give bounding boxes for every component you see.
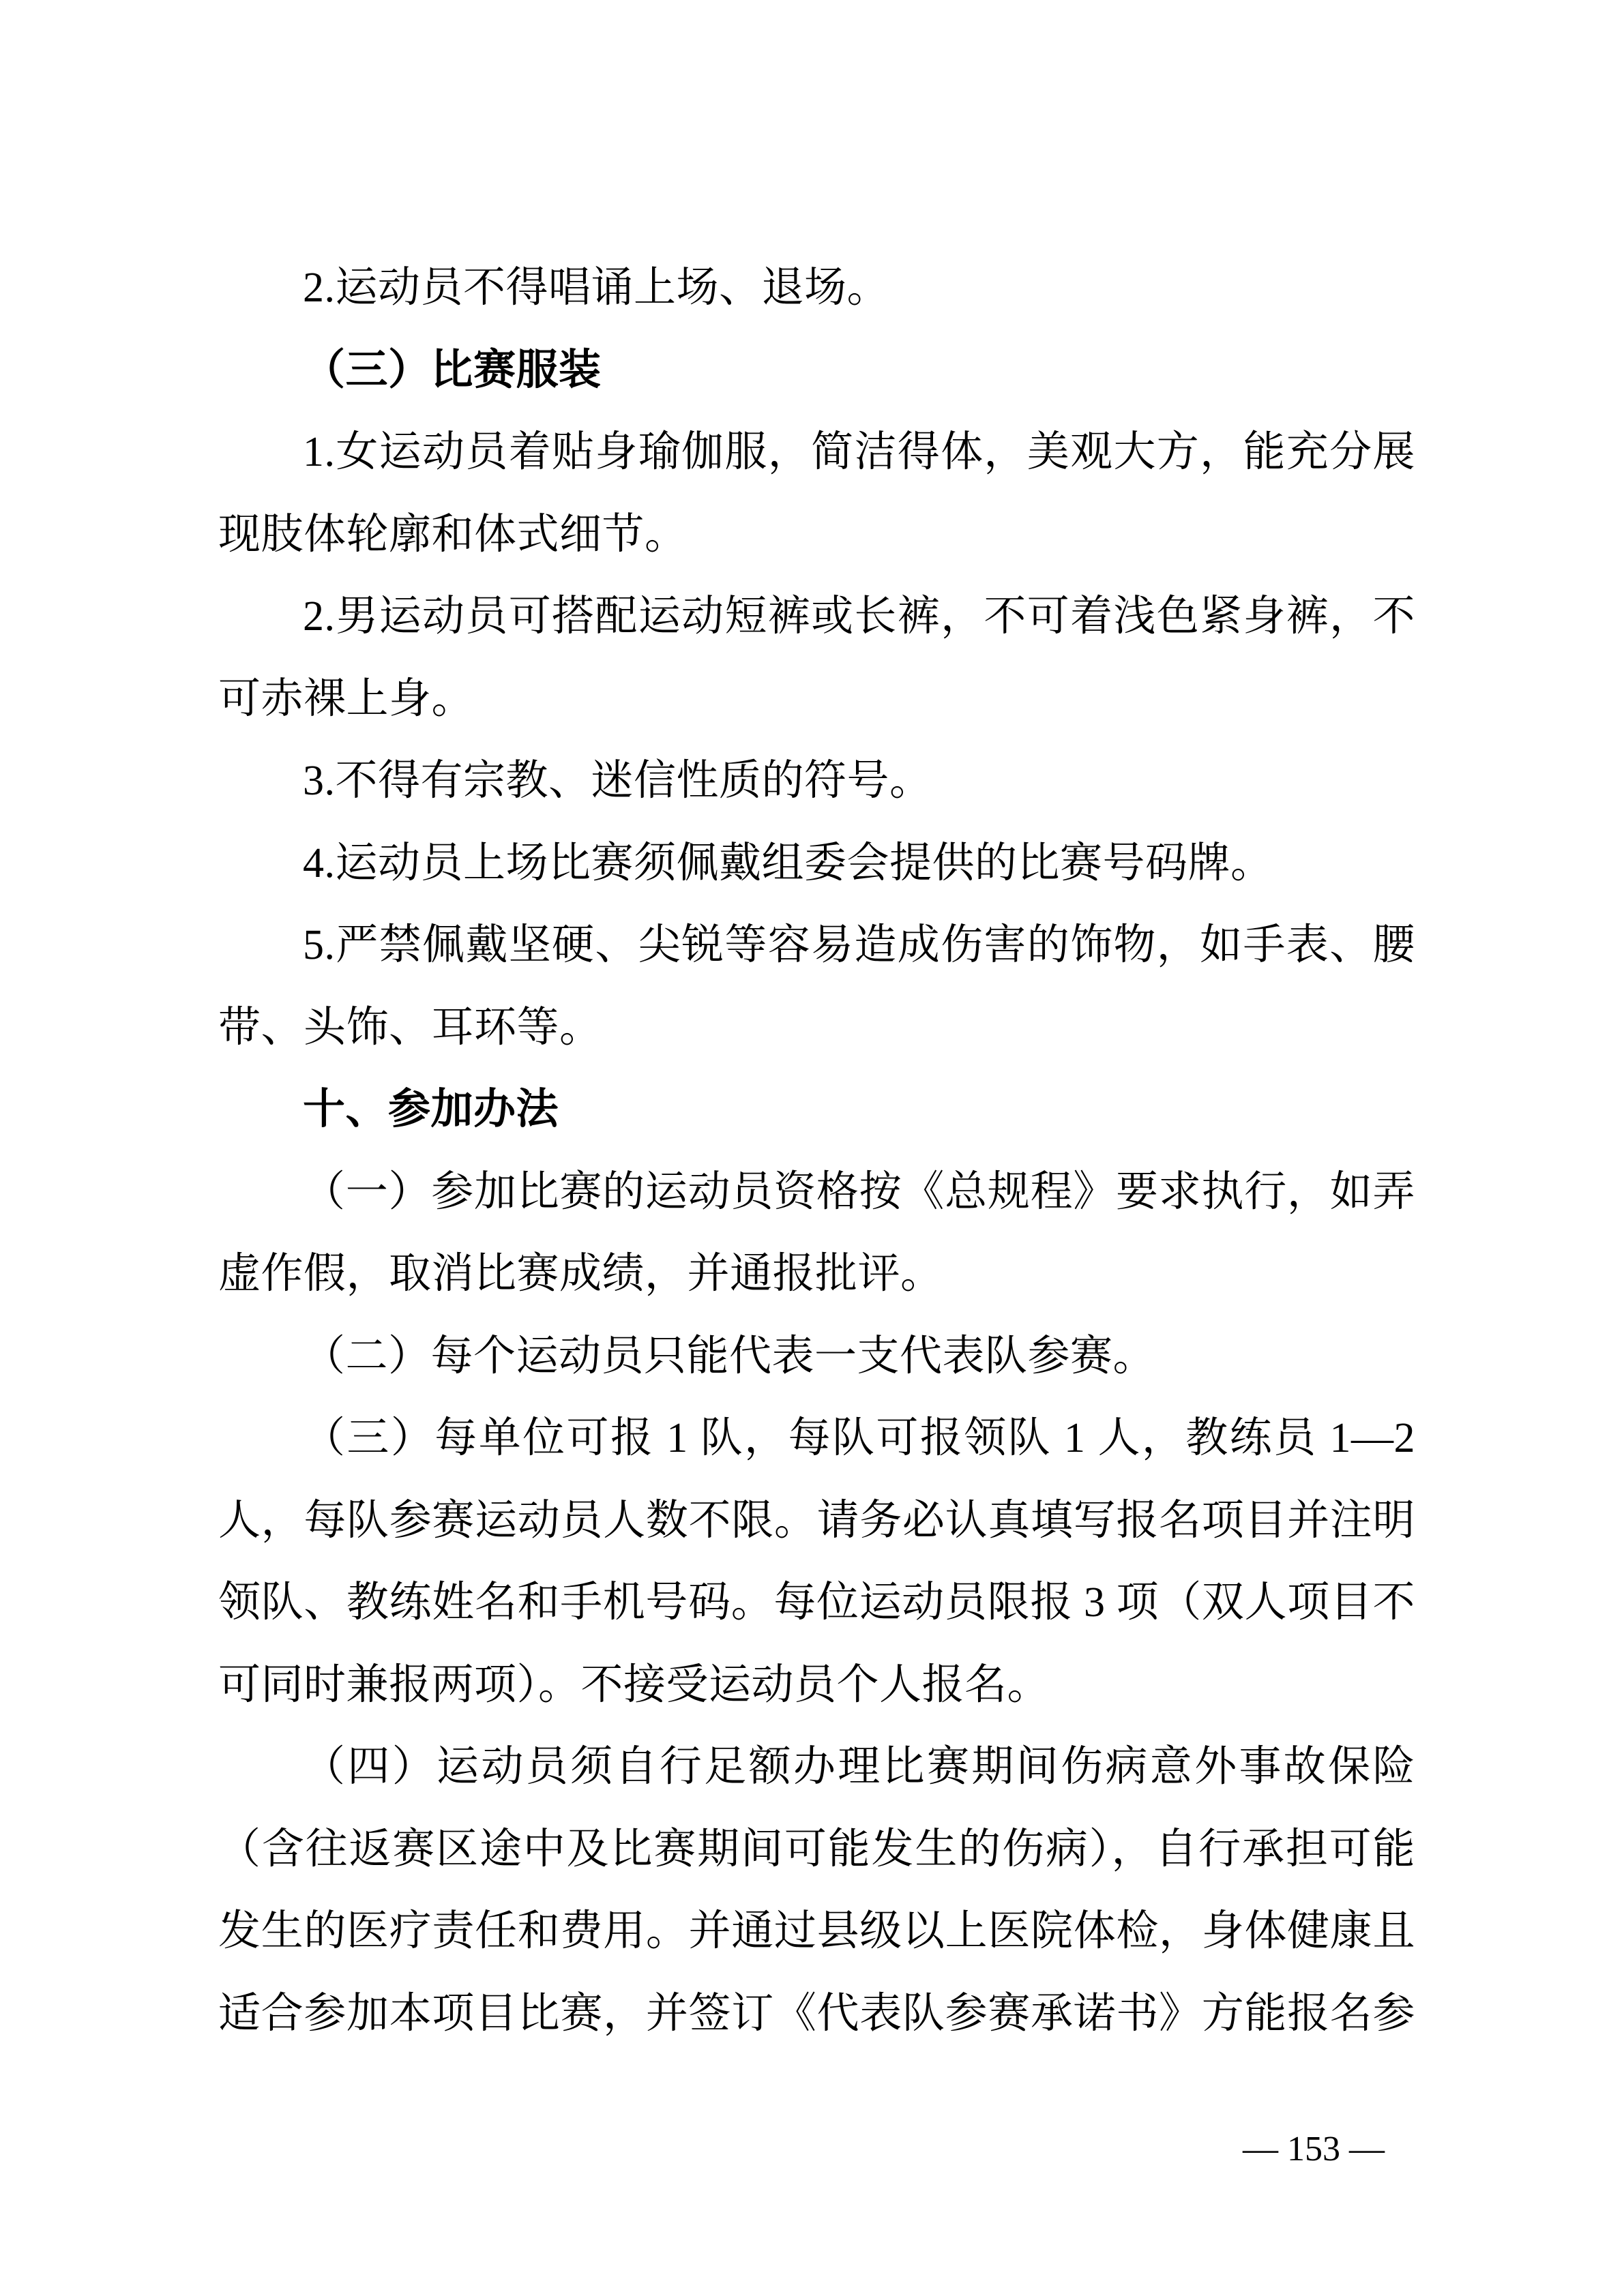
text-line: （一）参加比赛的运动员资格按《总规程》要求执行，如弄 (218, 1151, 1415, 1234)
section-heading: 十、参加办法 (218, 1069, 1415, 1151)
document-page: 2.运动员不得唱诵上场、退场。（三）比赛服装1.女运动员着贴身瑜伽服，简洁得体，… (0, 0, 1624, 2296)
text-line: 领队、教练姓名和手机号码。每位运动员限报 3 项（双人项目不 (218, 1562, 1415, 1644)
text-line: 可同时兼报两项）。不接受运动员个人报名。 (218, 1644, 1415, 1727)
text-line: 发生的医疗责任和费用。并通过县级以上医院体检，身体健康且 (218, 1890, 1415, 1973)
text-line: （四）运动员须自行足额办理比赛期间伤病意外事故保险 (218, 1726, 1415, 1808)
text-line: 4.运动员上场比赛须佩戴组委会提供的比赛号码牌。 (218, 822, 1415, 905)
section-heading: （三）比赛服装 (218, 329, 1415, 412)
text-line: 5.严禁佩戴坚硬、尖锐等容易造成伤害的饰物，如手表、腰 (218, 904, 1415, 987)
text-line: 可赤裸上身。 (218, 658, 1415, 741)
text-line: （三）每单位可报 1 队，每队可报领队 1 人，教练员 1—2 (218, 1397, 1415, 1480)
text-line: 3.不得有宗教、迷信性质的符号。 (218, 740, 1415, 822)
document-body: 2.运动员不得唱诵上场、退场。（三）比赛服装1.女运动员着贴身瑜伽服，简洁得体，… (218, 247, 1415, 2055)
text-line: 现肢体轮廓和体式细节。 (218, 494, 1415, 576)
text-line: 2.男运动员可搭配运动短裤或长裤，不可着浅色紧身裤，不 (218, 576, 1415, 658)
text-line: （含往返赛区途中及比赛期间可能发生的伤病），自行承担可能 (218, 1808, 1415, 1891)
text-line: 虚作假，取消比赛成绩，并通报批评。 (218, 1233, 1415, 1315)
text-line: （二）每个运动员只能代表一支代表队参赛。 (218, 1315, 1415, 1398)
page-number: — 153 — (1243, 2129, 1385, 2170)
text-line: 1.女运动员着贴身瑜伽服，简洁得体，美观大方，能充分展 (218, 411, 1415, 494)
text-line: 适合参加本项目比赛，并签订《代表队参赛承诺书》方能报名参 (218, 1973, 1415, 2055)
text-line: 人，每队参赛运动员人数不限。请务必认真填写报名项目并注明 (218, 1480, 1415, 1562)
text-line: 带、头饰、耳环等。 (218, 987, 1415, 1069)
text-line: 2.运动员不得唱诵上场、退场。 (218, 247, 1415, 329)
